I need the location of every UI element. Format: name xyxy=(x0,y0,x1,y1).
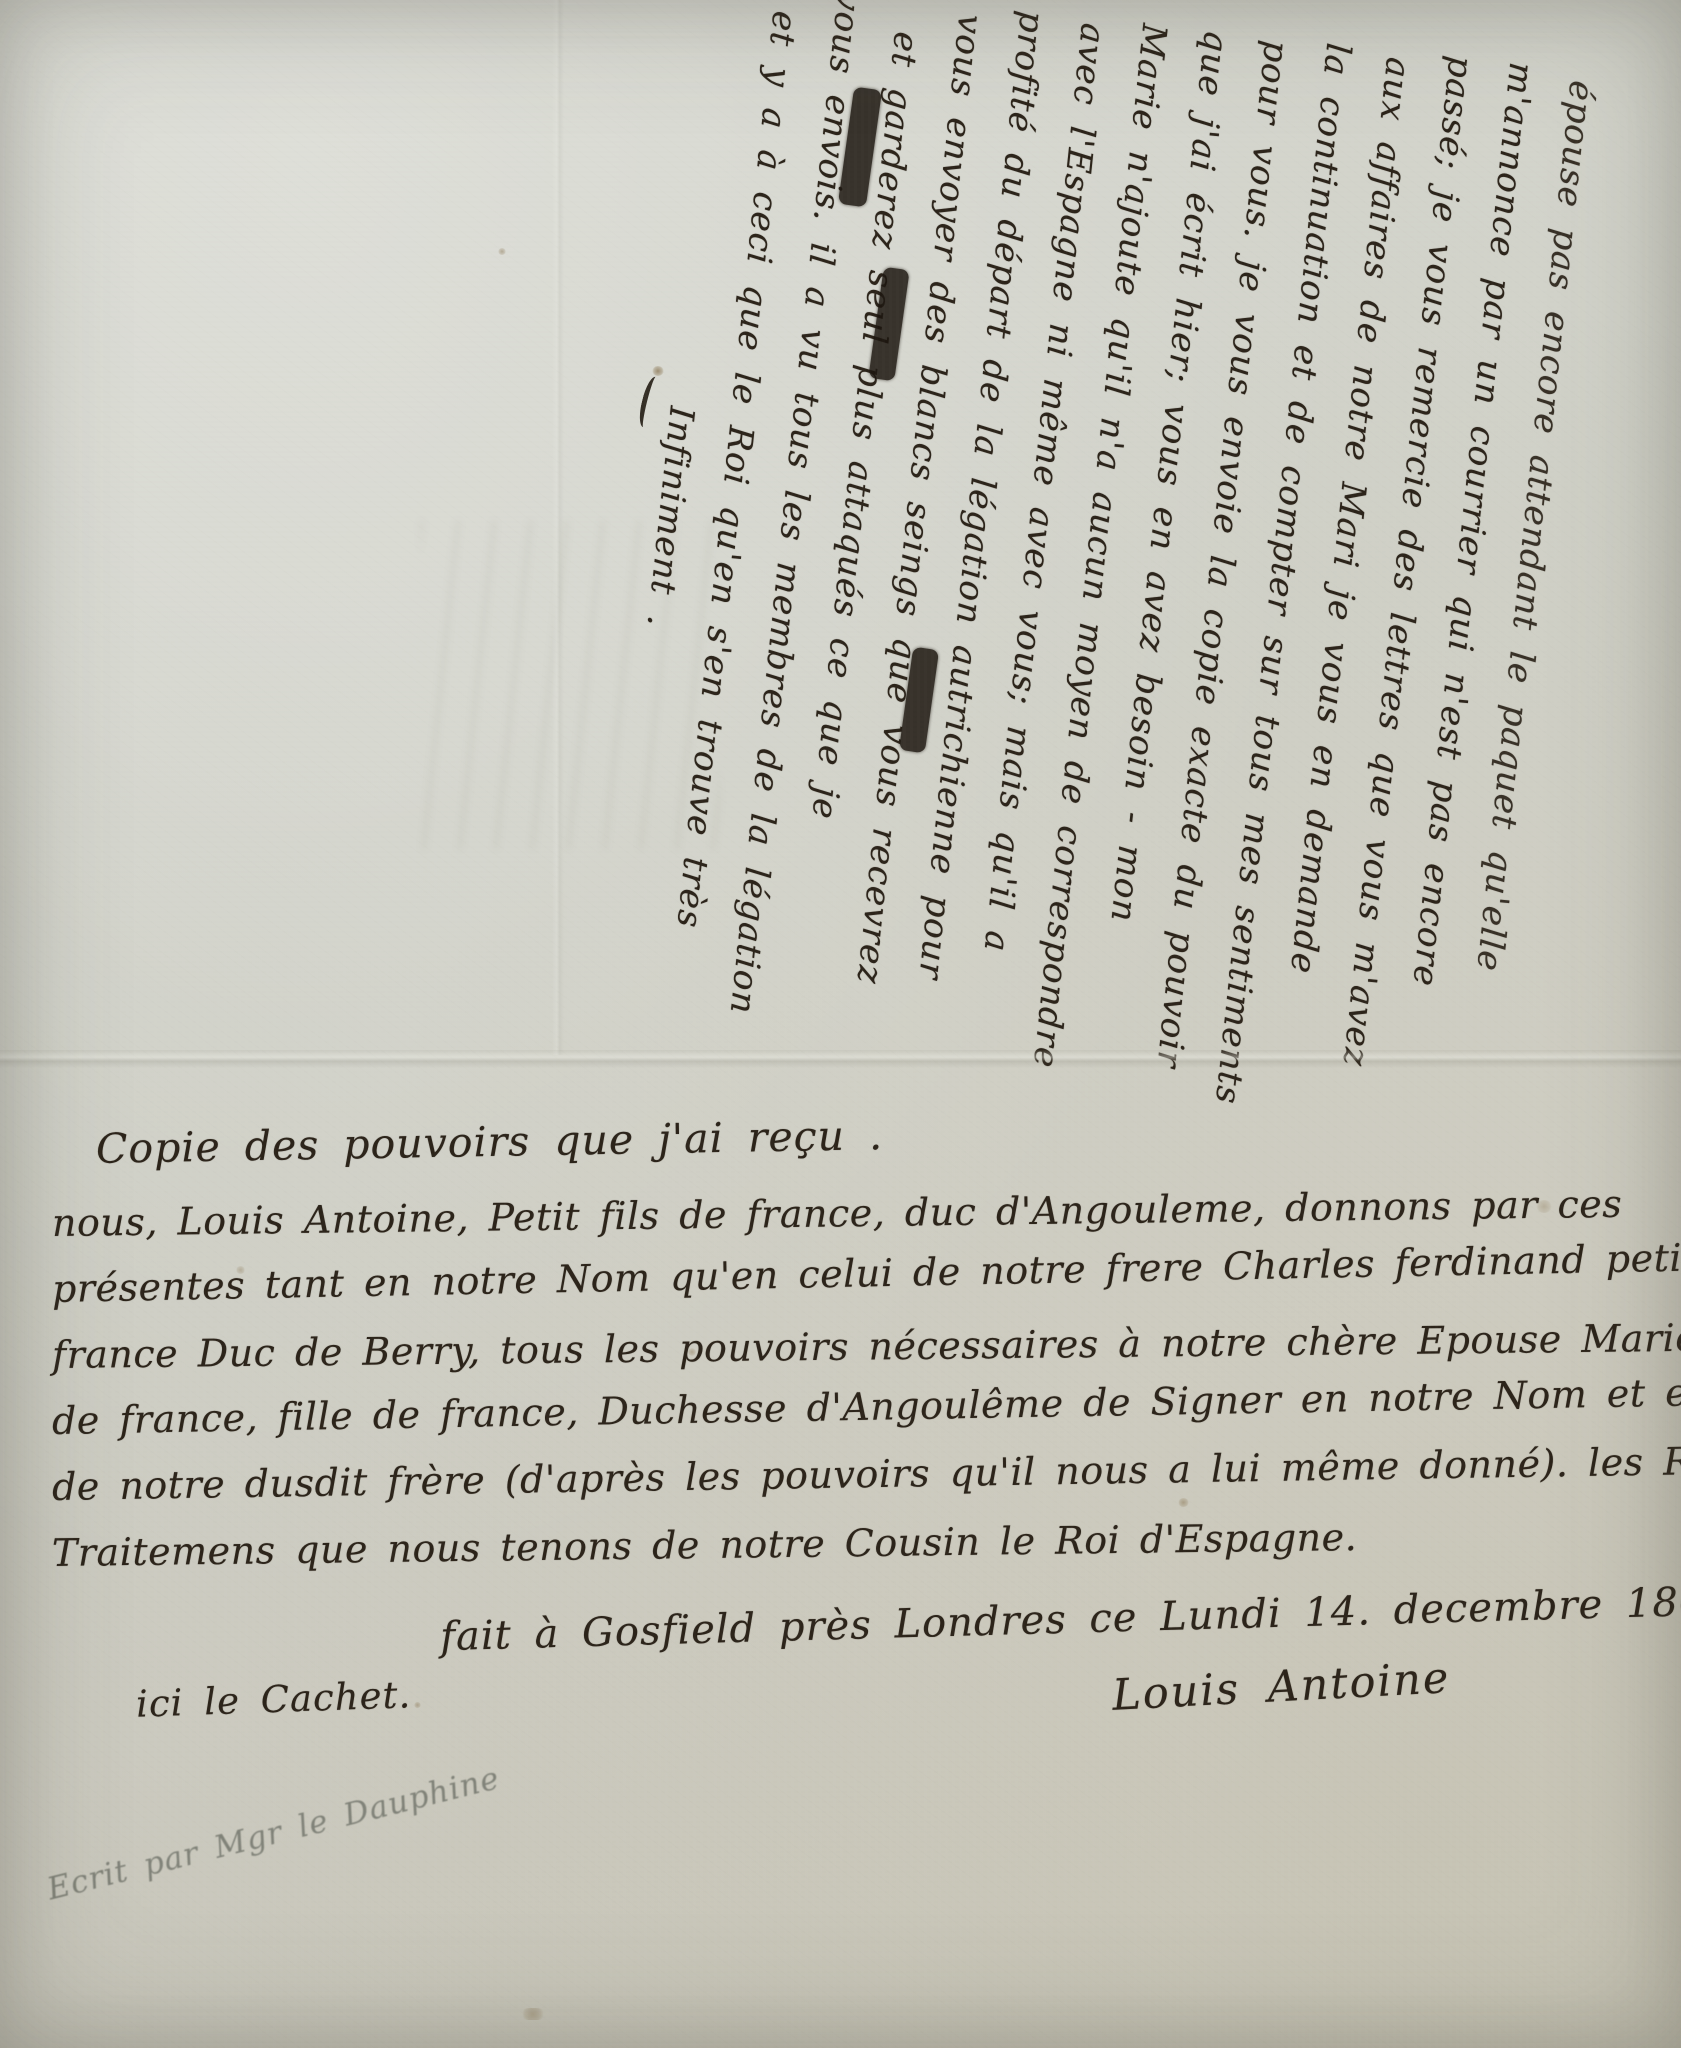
horizontal-fold-crease xyxy=(0,1050,1681,1068)
rotated-letter-block: épouse pas encore attendant le paquet qu… xyxy=(587,0,1613,1106)
vertical-fold-crease xyxy=(552,0,564,1055)
manuscript-photo: épouse pas encore attendant le paquet qu… xyxy=(0,0,1681,2048)
power-of-attorney-paragraph: nous, Louis Antoine, Petit fils de franc… xyxy=(52,1190,1662,1586)
